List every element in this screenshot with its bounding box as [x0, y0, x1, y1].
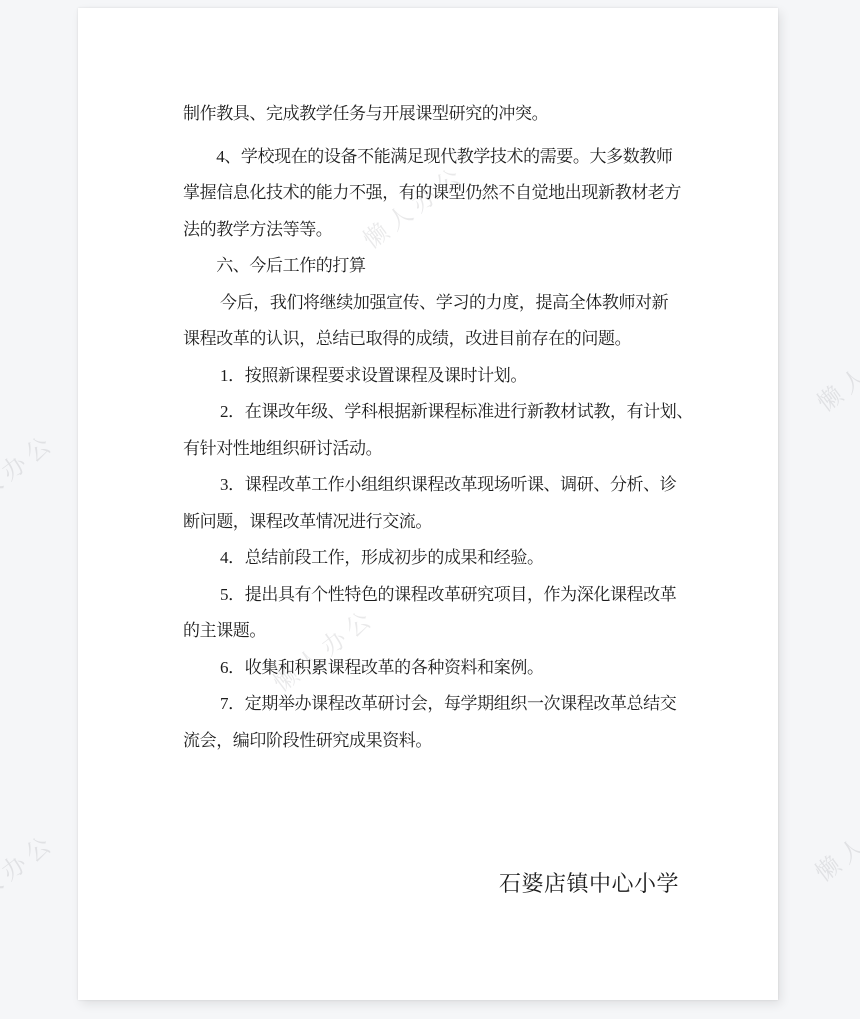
- document-list-item: 3．课程改革工作小组组织课程改革现场听课、调研、分析、诊: [183, 467, 683, 504]
- document-text-line: 的主课题。: [183, 613, 683, 650]
- signature: 石婆店镇中心小学: [499, 869, 679, 899]
- document-list-item: 2．在课改年级、学科根据新课程标准进行新教材试教，有计划、: [183, 394, 683, 431]
- document-body: 制作教具、完成教学任务与开展课型研究的冲突。 4、学校现在的设备不能满足现代教学…: [183, 96, 683, 899]
- document-section-heading: 六、今后工作的打算: [183, 248, 683, 285]
- signature-row: 石婆店镇中心小学: [183, 869, 679, 899]
- document-text-line: 4、学校现在的设备不能满足现代教学技术的需要。大多数教师: [183, 139, 683, 176]
- document-list-item: 4．总结前段工作，形成初步的成果和经验。: [183, 540, 683, 577]
- document-text-line: 掌握信息化技术的能力不强，有的课型仍然不自觉地出现新教材老方: [183, 175, 683, 212]
- document-text-line: 课程改革的认识，总结已取得的成绩，改进目前存在的问题。: [183, 321, 683, 358]
- document-text-line: 有针对性地组织研讨活动。: [183, 431, 683, 468]
- document-list-item: 6．收集和积累课程改革的各种资料和案例。: [183, 650, 683, 687]
- page-background: { "page": { "background_color": "#f5f6f8…: [0, 0, 860, 1019]
- document-text-line: 断问题，课程改革情况进行交流。: [183, 504, 683, 541]
- document-text-line: 流会，编印阶段性研究成果资料。: [183, 723, 683, 760]
- watermark-text: 懒人办公: [809, 318, 860, 418]
- document-text-line: 法的教学方法等等。: [183, 212, 683, 249]
- document-list-item: 5．提出具有个性特色的课程改革研究项目，作为深化课程改革: [183, 577, 683, 614]
- document-text-line: 制作教具、完成教学任务与开展课型研究的冲突。: [183, 96, 683, 133]
- document-list-item: 1．按照新课程要求设置课程及课时计划。: [183, 358, 683, 395]
- document-list-item: 7．定期举办课程改革研讨会，每学期组织一次课程改革总结交: [183, 686, 683, 723]
- watermark-text: 懒人办公: [807, 788, 860, 888]
- document-text-line: 今后，我们将继续加强宣传、学习的力度，提高全体教师对新: [183, 285, 683, 322]
- watermark-text: 懒人办公: [0, 423, 61, 523]
- watermark-text: 懒人办公: [0, 823, 61, 923]
